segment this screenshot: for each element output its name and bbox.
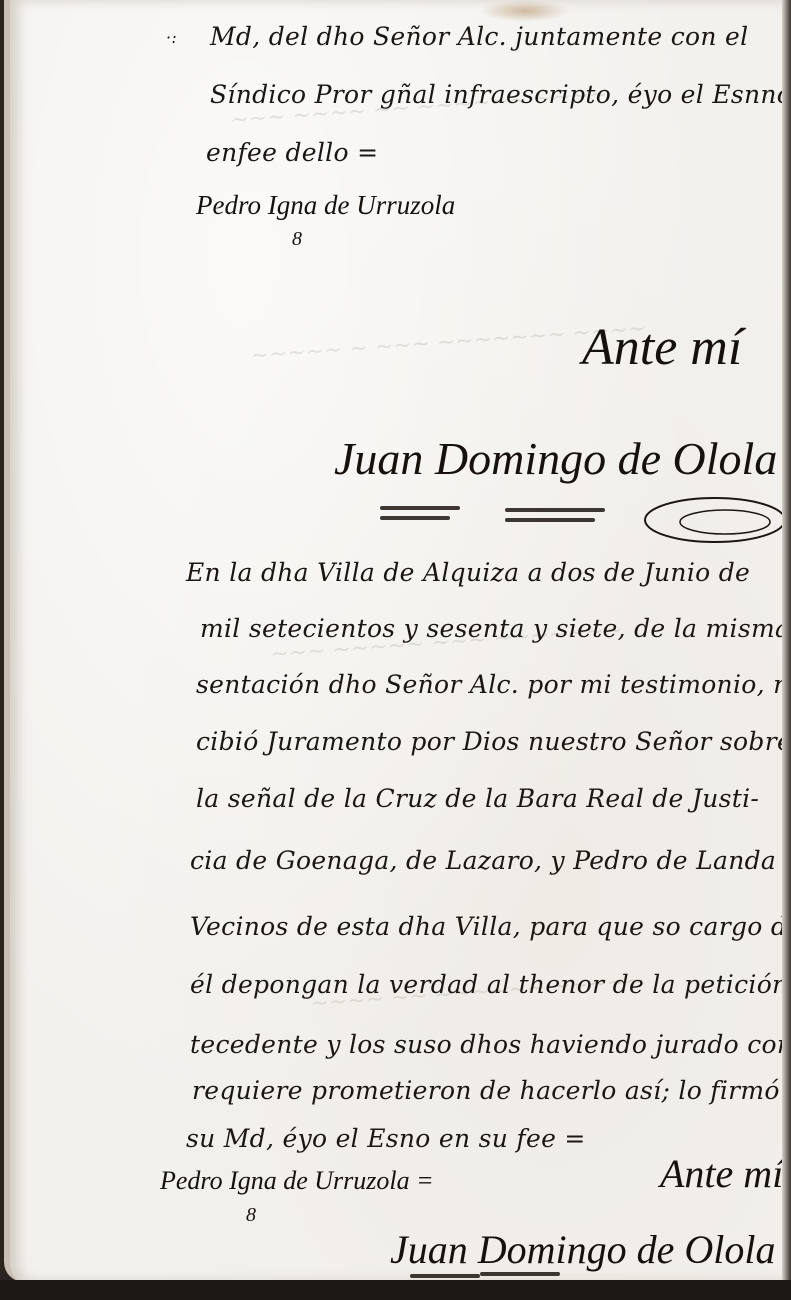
body-line-10: requiere prometieron de hacerlo así; lo … <box>192 1076 780 1105</box>
body-line-3: sentación dho Señor Alc. por mi testimon… <box>196 670 791 699</box>
margin-mark: ·: <box>166 28 177 47</box>
text-line-1: Md, del dho Señor Alc. juntamente con el <box>210 22 748 51</box>
body-line-7: Vecinos de esta dha Villa, para que so c… <box>190 912 791 941</box>
rubric-flourish <box>380 516 450 520</box>
rubric-flourish <box>505 518 595 522</box>
body-line-2: mil setecientos y sesenta y siete, de la… <box>200 614 791 643</box>
body-line-11: su Md, éyo el Esno en su fee = <box>186 1124 586 1153</box>
rubric-swirl-icon <box>640 490 790 550</box>
body-line-9: tecedente y los suso dhos haviendo jurad… <box>190 1030 791 1059</box>
paper-stain <box>480 0 570 22</box>
signature-juan-domingo-1: Juan Domingo de Olola <box>334 432 777 485</box>
rubric-flourish <box>410 1274 480 1278</box>
signature-pedro-2: Pedro Igna de Urruzola = <box>160 1166 434 1196</box>
rubric-flourish <box>380 506 460 510</box>
body-line-5: la señal de la Cruz de la Bara Real de J… <box>196 784 759 813</box>
signature-juan-domingo-2: Juan Domingo de Olola <box>390 1226 776 1273</box>
body-line-4: cibió Juramento por Dios nuestro Señor s… <box>196 727 791 756</box>
body-line-6: cia de Goenaga, de Lazaro, y Pedro de La… <box>190 846 776 875</box>
rubric-flourish <box>505 508 605 512</box>
text-line-3: enfee dello = <box>206 138 378 167</box>
manuscript-page: ~~~ ~~~~ ~~ ~~~~~~ ~~~~ ~~~~~ ~ ~~~ ~~~~… <box>4 0 788 1282</box>
ante-mi-title-2: Ante mí <box>660 1150 783 1197</box>
rubric-flourish <box>480 1272 560 1276</box>
page-edge-bottom <box>0 1280 791 1300</box>
page-edge-right <box>782 0 791 1300</box>
signature-pedro-1: Pedro Igna de Urruzola <box>196 190 455 221</box>
rubric-mark-2: 8 <box>246 1204 256 1227</box>
body-line-1: En la dha Villa de Alquiza a dos de Juni… <box>186 558 750 587</box>
text-line-2: Síndico Pror gñal infraescripto, éyo el … <box>210 80 791 109</box>
rubric-mark-1: 8 <box>292 228 302 251</box>
ante-mi-title-1: Ante mí <box>582 318 742 377</box>
body-line-8: él depongan la verdad al thenor de la pe… <box>190 970 791 999</box>
